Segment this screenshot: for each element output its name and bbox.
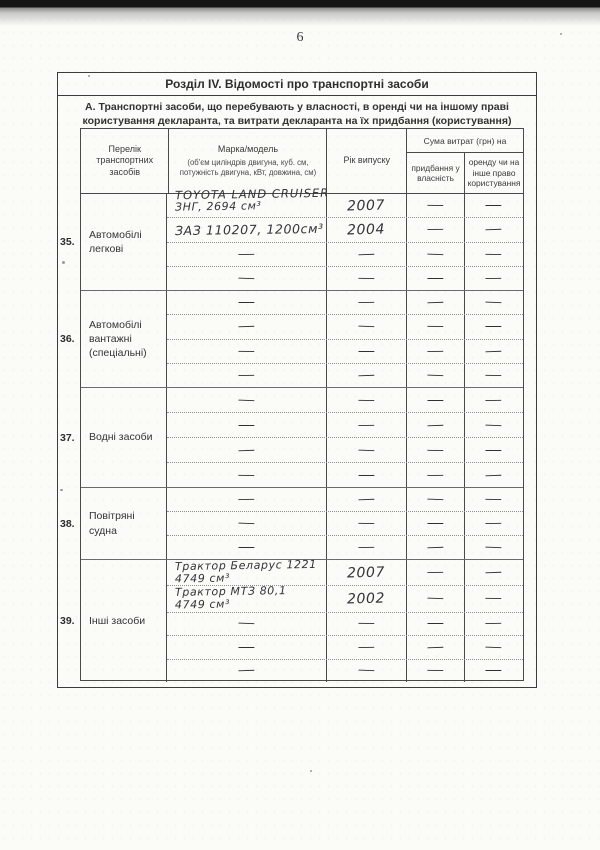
table-row: ———— [167, 437, 523, 462]
rent-cost-cell: — [464, 463, 523, 487]
handwritten-dash: — [485, 565, 504, 581]
section-number: 37. [60, 432, 80, 444]
handwritten-year: 2007 [347, 564, 385, 581]
table-row: ———— [167, 488, 523, 511]
handwritten-dash: — [237, 368, 256, 383]
table-section: 37.Водні засоби———————————————— [81, 387, 523, 487]
table-row: ———— [167, 412, 523, 437]
handwritten-year: 2002 [347, 590, 385, 607]
handwritten-dash: — [237, 492, 256, 507]
section-number: 36. [60, 333, 80, 345]
rent-cost-cell: — [464, 291, 523, 314]
table-row: ———— [167, 388, 523, 412]
section-rows: ———————————— [166, 488, 523, 559]
table-row: ———— [167, 339, 523, 363]
handwritten-dash: — [357, 616, 376, 631]
rent-cost-cell: — [464, 364, 523, 387]
purchase-cost-cell: — [406, 218, 464, 241]
purchase-cost-cell: — [406, 413, 464, 437]
make-cell: — [167, 660, 326, 682]
handwritten-make: Трактор Беларус 12214749 см³ [175, 560, 317, 585]
handwritten-dash: — [357, 344, 375, 359]
section-iv-box: Розділ IV. Відомості про транспортні зас… [57, 72, 537, 688]
vehicles-table: Перелік транспортних засобів Марка/модел… [80, 128, 524, 681]
handwritten-dash: — [357, 295, 376, 310]
handwritten-dash: — [485, 591, 504, 606]
section-iv-title: Розділ IV. Відомості про транспортні зас… [58, 73, 536, 96]
make-cell: — [167, 291, 326, 314]
scan-edge-artifact [0, 0, 600, 26]
handwritten-dash: — [485, 492, 504, 507]
year-cell: 2002 [326, 586, 406, 611]
handwritten-make: TOYOTA LAND CRUISERЗНГ, 2694 см³ [175, 188, 329, 214]
table-row: ———— [167, 635, 523, 658]
handwritten-dash: — [237, 467, 256, 482]
table-section: 38.Повітряні судна———————————— [81, 487, 523, 559]
purchase-cost-cell: — [406, 291, 464, 314]
section-number: 35. [60, 236, 80, 248]
year-cell: — [326, 438, 406, 462]
handwritten-dash: — [485, 417, 504, 433]
handwritten-make: ЗАЗ 110207, 1200см³ [175, 223, 324, 237]
year-cell: — [326, 512, 406, 535]
table-row: ———— [167, 363, 523, 387]
handwritten-dash: — [426, 565, 445, 580]
page-number: 6 [0, 30, 600, 46]
handwritten-dash: — [357, 640, 376, 655]
handwritten-dash: — [485, 222, 504, 238]
handwritten-dash: — [485, 368, 504, 383]
purchase-cost-cell: — [406, 586, 464, 611]
purchase-cost-cell: — [406, 194, 464, 217]
handwritten-dash: — [426, 442, 445, 457]
make-cell: — [167, 463, 326, 487]
year-cell: — [326, 243, 406, 266]
handwritten-dash: — [426, 616, 444, 631]
table-row: Трактор МТЗ 80,14749 см³2002—— [167, 585, 523, 611]
handwritten-dash: — [237, 295, 255, 310]
vehicles-table-body: 35.Автомобілі легковіTOYOTA LAND CRUISER… [81, 194, 523, 682]
rent-cost-cell: — [464, 512, 523, 535]
handwritten-dash: — [485, 639, 504, 655]
handwritten-dash: — [237, 616, 256, 632]
year-cell: — [326, 364, 406, 387]
make-cell: TOYOTA LAND CRUISERЗНГ, 2694 см³ [167, 194, 326, 217]
section-label: Автомобілі вантажні (спеціальні) [81, 291, 166, 387]
header-make-model: Марка/модель (об'єм циліндрів двигуна, к… [168, 129, 326, 193]
handwritten-dash: — [237, 442, 256, 458]
purchase-cost-cell: — [406, 267, 464, 290]
year-cell: — [326, 536, 406, 559]
year-cell: — [326, 340, 406, 363]
handwritten-dash: — [426, 591, 445, 607]
handwritten-dash: — [237, 246, 256, 261]
handwritten-dash: — [357, 516, 376, 531]
purchase-cost-cell: — [406, 560, 464, 585]
make-cell: — [167, 315, 326, 338]
table-row: ———— [167, 535, 523, 559]
table-row: ———— [167, 242, 523, 266]
year-cell: 2007 [326, 194, 406, 217]
handwritten-dash: — [426, 663, 445, 678]
handwritten-dash: — [485, 616, 504, 631]
handwritten-dash: — [485, 443, 503, 458]
handwritten-dash: — [357, 442, 376, 458]
make-cell: — [167, 636, 326, 658]
handwritten-dash: — [485, 271, 504, 286]
handwritten-dash: — [426, 198, 445, 213]
make-cell: — [167, 512, 326, 535]
handwritten-dash: — [237, 319, 256, 335]
purchase-cost-cell: — [406, 660, 464, 682]
purchase-cost-cell: — [406, 315, 464, 338]
table-row: ———— [167, 612, 523, 635]
year-cell: — [326, 463, 406, 487]
year-cell: — [326, 413, 406, 437]
handwritten-dash: — [357, 468, 375, 483]
purchase-cost-cell: — [406, 613, 464, 635]
year-cell: — [326, 660, 406, 682]
make-cell: — [167, 340, 326, 363]
handwritten-dash: — [237, 392, 256, 408]
header-purchase: придбання у власність [407, 153, 464, 193]
rent-cost-cell: — [464, 194, 523, 217]
header-expenses-group: Сума витрат (грн) на придбання у власніс… [406, 129, 523, 193]
purchase-cost-cell: — [406, 463, 464, 487]
handwritten-dash: — [426, 467, 445, 482]
handwritten-dash: — [485, 319, 503, 334]
table-row: Трактор Беларус 12214749 см³2007—— [167, 560, 523, 585]
rent-cost-cell: — [464, 660, 523, 682]
table-row: ———— [167, 314, 523, 338]
make-cell: — [167, 438, 326, 462]
table-row: ———— [167, 511, 523, 535]
table-section: 35.Автомобілі легковіTOYOTA LAND CRUISER… [81, 194, 523, 290]
handwritten-dash: — [426, 295, 445, 311]
rent-cost-cell: — [464, 560, 523, 585]
year-cell: — [326, 291, 406, 314]
header-vehicle-list: Перелік транспортних засобів [81, 129, 168, 193]
rent-cost-cell: — [464, 243, 523, 266]
handwritten-text: 4749 см³ [175, 572, 230, 586]
handwritten-dash: — [237, 271, 256, 287]
handwritten-dash: — [426, 368, 445, 384]
handwritten-dash: — [237, 418, 255, 433]
handwritten-dash: — [357, 271, 376, 286]
section-rows: ———————————————— [166, 388, 523, 487]
rent-cost-cell: — [464, 388, 523, 412]
make-cell: — [167, 413, 326, 437]
rent-cost-cell: — [464, 636, 523, 658]
handwritten-dash: — [426, 271, 444, 286]
handwritten-text: ЗНГ, 2694 см³ [175, 201, 262, 215]
handwritten-dash: — [485, 392, 504, 407]
section-rows: TOYOTA LAND CRUISERЗНГ, 2694 см³2007——ЗА… [166, 194, 523, 290]
handwritten-dash: — [357, 492, 376, 508]
handwritten-dash: — [485, 467, 504, 483]
year-cell: — [326, 388, 406, 412]
handwritten-make: Трактор МТЗ 80,14749 см³ [175, 586, 287, 611]
handwritten-dash: — [357, 368, 376, 384]
handwritten-dash: — [485, 343, 504, 359]
handwritten-dash: — [357, 246, 376, 262]
handwritten-year: 2007 [347, 197, 385, 214]
make-cell: ЗАЗ 110207, 1200см³ [167, 218, 326, 241]
handwritten-dash: — [237, 516, 256, 532]
header-make-model-sub: (об'єм циліндрів двигуна, куб. см, потуж… [172, 158, 323, 178]
table-row: ЗАЗ 110207, 1200см³2004—— [167, 217, 523, 241]
handwritten-dash: — [426, 492, 445, 508]
section-label: Повітряні судна [81, 488, 166, 559]
table-row: ———— [167, 659, 523, 682]
handwritten-year: 2004 [347, 221, 385, 238]
make-cell: Трактор Беларус 12214749 см³ [167, 560, 326, 585]
rent-cost-cell: — [464, 613, 523, 635]
header-make-model-title: Марка/модель [218, 144, 278, 155]
year-cell: — [326, 267, 406, 290]
make-cell: — [167, 613, 326, 635]
make-cell: — [167, 243, 326, 266]
handwritten-dash: — [485, 663, 503, 678]
handwritten-dash: — [485, 540, 504, 556]
handwritten-dash: — [237, 343, 256, 358]
table-row: ———— [167, 291, 523, 314]
year-cell: 2007 [326, 560, 406, 585]
scanned-declaration-page: 6 Розділ IV. Відомості про транспортні з… [0, 0, 600, 850]
table-row: ———— [167, 266, 523, 290]
handwritten-dash: — [237, 663, 256, 679]
rent-cost-cell: — [464, 438, 523, 462]
make-cell: — [167, 267, 326, 290]
handwritten-dash: — [426, 343, 445, 358]
make-cell: — [167, 388, 326, 412]
section-number: 39. [60, 615, 80, 627]
rent-cost-cell: — [464, 488, 523, 511]
make-cell: Трактор МТЗ 80,14749 см³ [167, 586, 326, 611]
purchase-cost-cell: — [406, 340, 464, 363]
purchase-cost-cell: — [406, 536, 464, 559]
rent-cost-cell: — [464, 315, 523, 338]
section-label: Водні засоби [81, 388, 166, 487]
purchase-cost-cell: — [406, 438, 464, 462]
header-rent: оренду чи на інше право користування [464, 153, 523, 193]
handwritten-dash: — [426, 540, 445, 556]
handwritten-dash: — [426, 319, 445, 334]
make-cell: — [167, 536, 326, 559]
rent-cost-cell: — [464, 586, 523, 611]
subsection-a-body: Транспортні засоби, що перебувають у вла… [83, 101, 512, 127]
handwritten-dash: — [426, 639, 445, 655]
section-rows: ———————————————— [166, 291, 523, 387]
vehicles-table-header: Перелік транспортних засобів Марка/модел… [81, 129, 523, 194]
handwritten-text: 4749 см³ [175, 598, 230, 612]
year-cell: — [326, 315, 406, 338]
table-section: 39.Інші засобиТрактор Беларус 12214749 с… [81, 559, 523, 682]
table-row: ———— [167, 462, 523, 487]
handwritten-dash: — [357, 663, 376, 679]
purchase-cost-cell: — [406, 512, 464, 535]
purchase-cost-cell: — [406, 243, 464, 266]
purchase-cost-cell: — [406, 636, 464, 658]
section-label: Інші засоби [81, 560, 166, 682]
handwritten-dash: — [426, 246, 445, 262]
year-cell: — [326, 613, 406, 635]
handwritten-dash: — [357, 540, 376, 555]
purchase-cost-cell: — [406, 364, 464, 387]
rent-cost-cell: — [464, 267, 523, 290]
handwritten-text: ЗАЗ 110207, 1200см³ [175, 222, 324, 239]
handwritten-dash: — [357, 319, 376, 335]
rent-cost-cell: — [464, 413, 523, 437]
header-year: Рік випуску [326, 129, 406, 193]
year-cell: — [326, 488, 406, 511]
table-section: 36.Автомобілі вантажні (спеціальні)—————… [81, 290, 523, 387]
handwritten-dash: — [485, 246, 504, 261]
handwritten-dash: — [485, 516, 504, 531]
make-cell: — [167, 364, 326, 387]
handwritten-dash: — [237, 540, 255, 555]
table-row: TOYOTA LAND CRUISERЗНГ, 2694 см³2007—— [167, 194, 523, 217]
section-rows: Трактор Беларус 12214749 см³2007——Тракто… [166, 560, 523, 682]
handwritten-dash: — [485, 198, 503, 213]
header-expenses-title: Сума витрат (грн) на [407, 129, 523, 153]
handwritten-dash: — [357, 392, 376, 407]
year-cell: — [326, 636, 406, 658]
handwritten-dash: — [426, 516, 444, 531]
subsection-a-text: А. Транспортні засоби, що перебувають у … [58, 96, 536, 132]
rent-cost-cell: — [464, 536, 523, 559]
rent-cost-cell: — [464, 340, 523, 363]
handwritten-dash: — [426, 417, 445, 433]
handwritten-dash: — [485, 295, 504, 311]
handwritten-dash: — [237, 640, 255, 655]
handwritten-dash: — [426, 393, 444, 408]
rent-cost-cell: — [464, 218, 523, 241]
subsection-a-label: А. [85, 101, 96, 113]
section-number: 38. [60, 518, 80, 530]
handwritten-dash: — [357, 417, 376, 432]
make-cell: — [167, 488, 326, 511]
handwritten-dash: — [426, 222, 445, 237]
year-cell: 2004 [326, 218, 406, 241]
purchase-cost-cell: — [406, 388, 464, 412]
purchase-cost-cell: — [406, 488, 464, 511]
section-label: Автомобілі легкові [81, 194, 166, 290]
